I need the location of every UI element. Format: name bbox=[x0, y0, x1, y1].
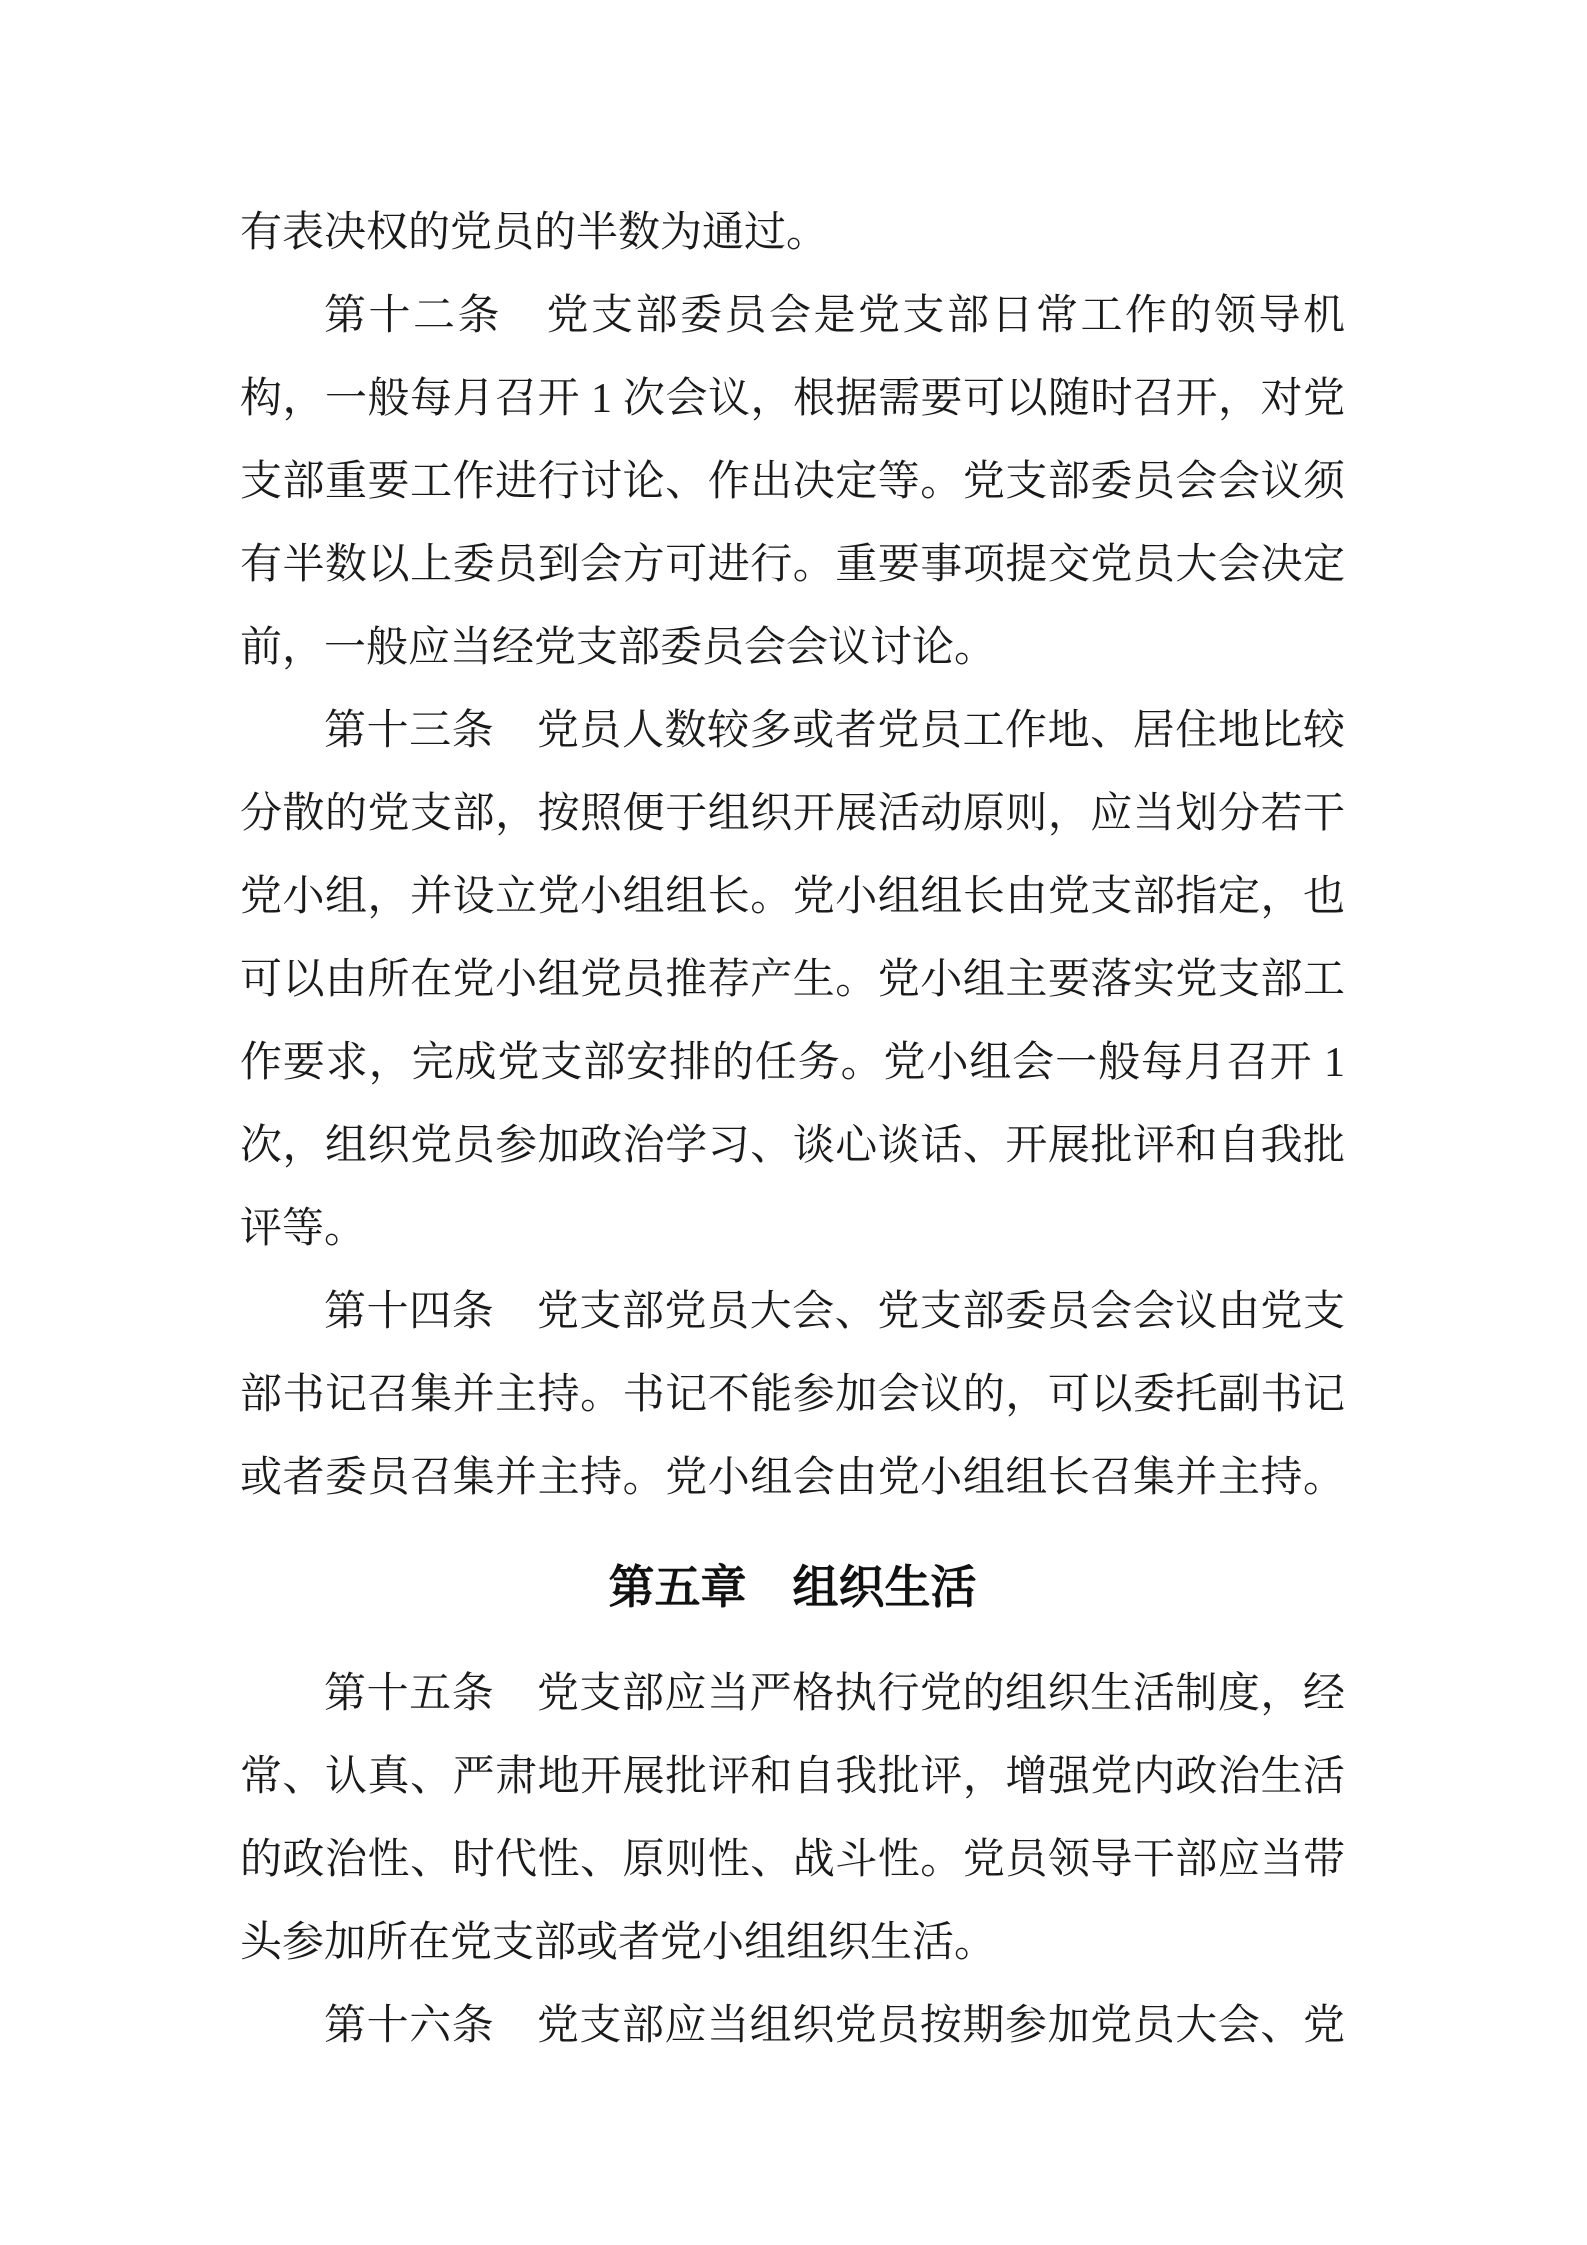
body-line: 有半数以上委员到会方可进行。重要事项提交党员大会决定 bbox=[240, 524, 1345, 607]
body-line: 有表决权的党员的半数为通过。 bbox=[240, 192, 1345, 275]
body-line: 作要求，完成党支部安排的任务。党小组会一般每月召开 1 bbox=[240, 1022, 1345, 1105]
body-line: 常、认真、严肃地开展批评和自我批评，增强党内政治生活 bbox=[240, 1736, 1345, 1819]
body-line: 部书记召集并主持。书记不能参加会议的，可以委托副书记 bbox=[240, 1354, 1345, 1437]
body-line: 或者委员召集并主持。党小组会由党小组组长召集并主持。 bbox=[240, 1437, 1345, 1520]
body-line: 第十二条 党支部委员会是党支部日常工作的领导机 bbox=[240, 275, 1345, 358]
body-line: 第十三条 党员人数较多或者党员工作地、居住地比较 bbox=[240, 690, 1345, 773]
body-block-1: 有表决权的党员的半数为通过。 第十二条 党支部委员会是党支部日常工作的领导机 构… bbox=[240, 192, 1345, 1520]
body-line: 头参加所在党支部或者党小组组织生活。 bbox=[240, 1902, 1345, 1985]
body-line: 分散的党支部，按照便于组织开展活动原则，应当划分若干 bbox=[240, 773, 1345, 856]
body-line: 党小组，并设立党小组组长。党小组组长由党支部指定，也 bbox=[240, 856, 1345, 939]
text-column: 有表决权的党员的半数为通过。 第十二条 党支部委员会是党支部日常工作的领导机 构… bbox=[240, 192, 1345, 2068]
body-line: 构，一般每月召开 1 次会议，根据需要可以随时召开，对党 bbox=[240, 358, 1345, 441]
body-line: 前，一般应当经党支部委员会会议讨论。 bbox=[240, 607, 1345, 690]
body-line: 次，组织党员参加政治学习、谈心谈话、开展批评和自我批 bbox=[240, 1105, 1345, 1188]
document-page: 有表决权的党员的半数为通过。 第十二条 党支部委员会是党支部日常工作的领导机 构… bbox=[0, 0, 1587, 2245]
body-line: 可以由所在党小组党员推荐产生。党小组主要落实党支部工 bbox=[240, 939, 1345, 1022]
body-line: 支部重要工作进行讨论、作出决定等。党支部委员会会议须 bbox=[240, 441, 1345, 524]
body-block-2: 第十五条 党支部应当严格执行党的组织生活制度，经 常、认真、严肃地开展批评和自我… bbox=[240, 1653, 1345, 2068]
body-line: 第十六条 党支部应当组织党员按期参加党员大会、党 bbox=[240, 1985, 1345, 2068]
chapter-heading: 第五章 组织生活 bbox=[240, 1546, 1345, 1629]
body-line: 第十五条 党支部应当严格执行党的组织生活制度，经 bbox=[240, 1653, 1345, 1736]
body-line: 第十四条 党支部党员大会、党支部委员会会议由党支 bbox=[240, 1271, 1345, 1354]
body-line: 评等。 bbox=[240, 1188, 1345, 1271]
body-line: 的政治性、时代性、原则性、战斗性。党员领导干部应当带 bbox=[240, 1819, 1345, 1902]
